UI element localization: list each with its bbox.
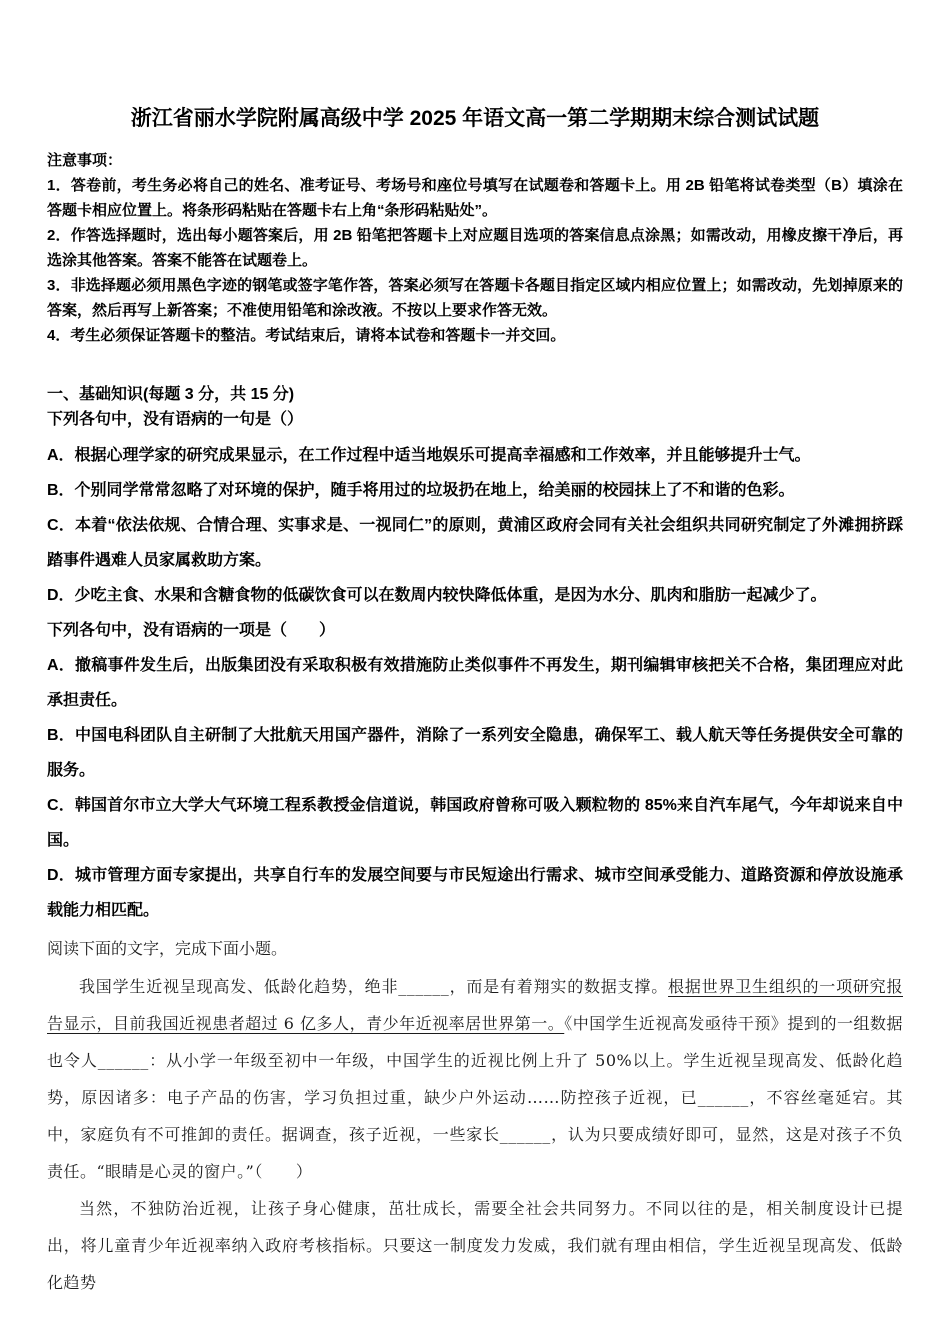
question-1-stem: 下列各句中，没有语病的一句是（） — [47, 407, 903, 432]
question-2-option-b: B．中国电科团队自主研制了大批航天用国产器件，消除了一系列安全隐患，确保军工、载… — [47, 718, 903, 788]
exam-paper-page: 浙江省丽水学院附属高级中学 2025 年语文高一第二学期期末综合测试试题 注意事… — [0, 0, 950, 1344]
question-2-stem: 下列各句中，没有语病的一项是（ ） — [47, 613, 903, 648]
question-2: 下列各句中，没有语病的一项是（ ） A．撤稿事件发生后，出版集团没有采取积极有效… — [47, 613, 903, 928]
question-1-option-c: C．本着“依法依规、合情合理、实事求是、一视同仁”的原则，黄浦区政府会同有关社会… — [47, 508, 903, 578]
passage-paragraph-1: 我国学生近视呈现高发、低龄化趋势，绝非______，而是有着翔实的数据支撑。根据… — [47, 968, 903, 1190]
section-heading-basics: 一、基础知识(每题 3 分，共 15 分) — [47, 382, 903, 407]
notice-item-2: 2．作答选择题时，选出每小题答案后，用 2B 铅笔把答题卡上对应题目选项的答案信… — [47, 223, 903, 273]
reading-section: 阅读下面的文字，完成下面小题。 我国学生近视呈现高发、低龄化趋势，绝非_____… — [47, 934, 903, 1301]
notice-heading: 注意事项： — [47, 148, 903, 173]
passage-p1-pre: 我国学生近视呈现高发、低龄化趋势，绝非______，而是有着翔实的数据支撑。 — [79, 977, 668, 996]
question-1-option-b: B．个别同学常常忽略了对环境的保护，随手将用过的垃圾扔在地上，给美丽的校园抹上了… — [47, 473, 903, 508]
passage-p1-post: 《中国学生近视高发亟待干预》提到的一组数据也令人______：从小学一年级至初中… — [47, 1014, 903, 1181]
notice-section: 注意事项： 1．答卷前，考生务必将自己的姓名、准考证号、考场号和座位号填写在试题… — [47, 148, 903, 348]
notice-item-1: 1．答卷前，考生务必将自己的姓名、准考证号、考场号和座位号填写在试题卷和答题卡上… — [47, 173, 903, 223]
question-1-options: A．根据心理学家的研究成果显示，在工作过程中适当地娱乐可提高幸福感和工作效率，并… — [47, 438, 903, 613]
page-title: 浙江省丽水学院附属高级中学 2025 年语文高一第二学期期末综合测试试题 — [47, 104, 903, 134]
passage-paragraph-2: 当然，不独防治近视，让孩子身心健康，茁壮成长，需要全社会共同努力。不同以往的是，… — [47, 1190, 903, 1301]
question-2-option-a: A．撤稿事件发生后，出版集团没有采取积极有效措施防止类似事件不再发生，期刊编辑审… — [47, 648, 903, 718]
question-2-options: A．撤稿事件发生后，出版集团没有采取积极有效措施防止类似事件不再发生，期刊编辑审… — [47, 648, 903, 928]
reading-passage: 我国学生近视呈现高发、低龄化趋势，绝非______，而是有着翔实的数据支撑。根据… — [47, 968, 903, 1301]
notice-item-4: 4．考生必须保证答题卡的整洁。考试结束后，请将本试卷和答题卡一并交回。 — [47, 323, 903, 348]
question-1: 下列各句中，没有语病的一句是（） A．根据心理学家的研究成果显示，在工作过程中适… — [47, 407, 903, 613]
question-1-option-d: D．少吃主食、水果和含糖食物的低碳饮食可以在数周内较快降低体重，是因为水分、肌肉… — [47, 578, 903, 613]
question-1-option-a: A．根据心理学家的研究成果显示，在工作过程中适当地娱乐可提高幸福感和工作效率，并… — [47, 438, 903, 473]
question-2-option-c: C．韩国首尔市立大学大气环境工程系教授金信道说，韩国政府曾称可吸入颗粒物的 85… — [47, 788, 903, 858]
notice-item-3: 3．非选择题必须用黑色字迹的钢笔或签字笔作答，答案必须写在答题卡各题目指定区域内… — [47, 273, 903, 323]
reading-intro: 阅读下面的文字，完成下面小题。 — [47, 934, 903, 964]
question-2-option-d: D．城市管理方面专家提出，共享自行车的发展空间要与市民短途出行需求、城市空间承受… — [47, 858, 903, 928]
